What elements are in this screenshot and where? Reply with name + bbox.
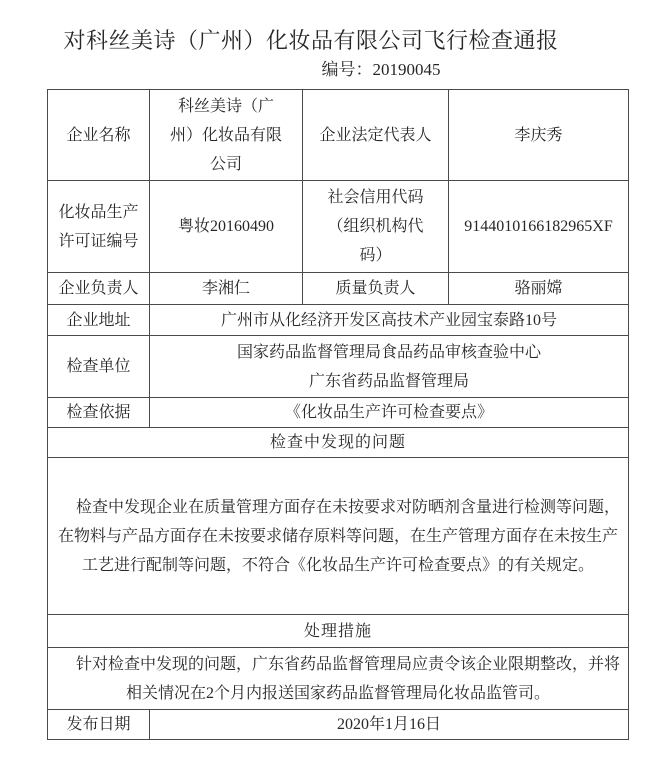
problems-text: 检查中发现企业在质量管理方面存在未按要求对防晒剂含量进行检测等问题，在物料与产品… [48,458,629,615]
principal-value: 李湘仁 [150,273,303,305]
row-problems-text: 检查中发现企业在质量管理方面存在未按要求对防晒剂含量进行检测等问题，在物料与产品… [48,458,629,615]
basis-value: 《化妆品生产许可检查要点》 [150,398,629,428]
company-name-value: 科丝美诗（广 州）化妆品有限 公司 [150,90,303,181]
quality-value: 骆丽嫦 [449,273,629,305]
measures-header: 处理措施 [48,615,629,648]
credit-code-value: 9144010166182965XF [449,181,629,273]
row-publish-date: 发布日期 2020年1月16日 [48,710,629,740]
license-value: 粤妆20160490 [150,181,303,273]
row-license: 化妆品生产 许可证编号 粤妆20160490 社会信用代码 （组织机构代 码） … [48,181,629,273]
row-company: 企业名称 科丝美诗（广 州）化妆品有限 公司 企业法定代表人 李庆秀 [48,90,629,181]
row-inspector: 检查单位 国家药品监督管理局食品药品审核查验中心 广东省药品监督管理局 [48,336,629,398]
document-number: 编号：20190045 [0,56,656,84]
basis-label: 检查依据 [48,398,150,428]
quality-label: 质量负责人 [303,273,449,305]
license-label: 化妆品生产 许可证编号 [48,181,150,273]
row-problems-header: 检查中发现的问题 [48,428,629,458]
address-value: 广州市从化经济开发区高技术产业园宝泰路10号 [150,305,629,336]
credit-code-label: 社会信用代码 （组织机构代 码） [303,181,449,273]
company-name-label: 企业名称 [48,90,150,181]
row-measures-text: 针对检查中发现的问题，广东省药品监督管理局应责令该企业限期整改，并将相关情况在2… [48,648,629,710]
publish-date-value: 2020年1月16日 [150,710,629,740]
problems-header: 检查中发现的问题 [48,428,629,458]
legal-rep-value: 李庆秀 [449,90,629,181]
row-principals: 企业负责人 李湘仁 质量负责人 骆丽嫦 [48,273,629,305]
principal-label: 企业负责人 [48,273,150,305]
publish-date-label: 发布日期 [48,710,150,740]
row-measures-header: 处理措施 [48,615,629,648]
measures-text: 针对检查中发现的问题，广东省药品监督管理局应责令该企业限期整改，并将相关情况在2… [48,648,629,710]
inspector-value: 国家药品监督管理局食品药品审核查验中心 广东省药品监督管理局 [150,336,629,398]
address-label: 企业地址 [48,305,150,336]
row-address: 企业地址 广州市从化经济开发区高技术产业园宝泰路10号 [48,305,629,336]
inspection-table: 企业名称 科丝美诗（广 州）化妆品有限 公司 企业法定代表人 李庆秀 化妆品生产… [47,89,629,740]
legal-rep-label: 企业法定代表人 [303,90,449,181]
row-basis: 检查依据 《化妆品生产许可检查要点》 [48,398,629,428]
document-title: 对科丝美诗（广州）化妆品有限公司飞行检查通报 [0,26,656,56]
inspector-label: 检查单位 [48,336,150,398]
